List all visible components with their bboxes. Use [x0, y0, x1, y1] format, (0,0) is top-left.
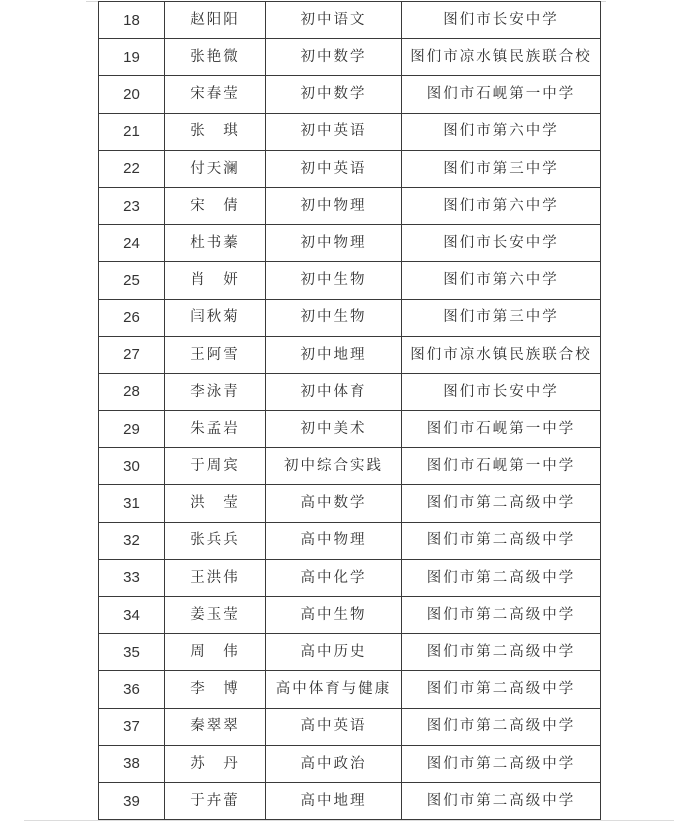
row-number-cell: 23 [99, 187, 165, 224]
teacher-name-cell: 王洪伟 [165, 559, 266, 596]
subject-cell: 高中英语 [266, 708, 402, 745]
teacher-name-cell: 张 琪 [165, 113, 266, 150]
subject-cell: 初中数学 [266, 39, 402, 76]
row-number-cell: 25 [99, 262, 165, 299]
row-number-cell: 20 [99, 76, 165, 113]
table-row: 30于周宾初中综合实践图们市石岘第一中学 [99, 448, 601, 485]
school-cell: 图们市凉水镇民族联合校 [402, 336, 601, 373]
teacher-name-cell: 宋 倩 [165, 187, 266, 224]
school-cell: 图们市第六中学 [402, 187, 601, 224]
table-row: 36李 博高中体育与健康图们市第二高级中学 [99, 671, 601, 708]
row-number-cell: 35 [99, 634, 165, 671]
row-number-cell: 24 [99, 225, 165, 262]
subject-cell: 初中物理 [266, 187, 402, 224]
subject-cell: 高中生物 [266, 597, 402, 634]
school-cell: 图们市第二高级中学 [402, 522, 601, 559]
school-cell: 图们市第二高级中学 [402, 708, 601, 745]
table-row: 31洪 莹高中数学图们市第二高级中学 [99, 485, 601, 522]
teacher-name-cell: 朱孟岩 [165, 411, 266, 448]
teacher-name-cell: 于卉蕾 [165, 782, 266, 819]
roster-body: 18赵阳阳初中语文图们市长安中学19张艳微初中数学图们市凉水镇民族联合校20宋春… [99, 2, 601, 820]
row-number-cell: 37 [99, 708, 165, 745]
teacher-name-cell: 李泳青 [165, 373, 266, 410]
table-row: 33王洪伟高中化学图们市第二高级中学 [99, 559, 601, 596]
table-row: 18赵阳阳初中语文图们市长安中学 [99, 2, 601, 39]
school-cell: 图们市凉水镇民族联合校 [402, 39, 601, 76]
teacher-name-cell: 李 博 [165, 671, 266, 708]
row-number-cell: 19 [99, 39, 165, 76]
school-cell: 图们市第二高级中学 [402, 559, 601, 596]
row-number-cell: 21 [99, 113, 165, 150]
table-row: 29朱孟岩初中美术图们市石岘第一中学 [99, 411, 601, 448]
school-cell: 图们市第六中学 [402, 262, 601, 299]
row-number-cell: 28 [99, 373, 165, 410]
subject-cell: 初中英语 [266, 150, 402, 187]
row-number-cell: 18 [99, 2, 165, 39]
school-cell: 图们市石岘第一中学 [402, 76, 601, 113]
table-row: 35周 伟高中历史图们市第二高级中学 [99, 634, 601, 671]
table-row: 25肖 妍初中生物图们市第六中学 [99, 262, 601, 299]
teacher-name-cell: 赵阳阳 [165, 2, 266, 39]
subject-cell: 初中英语 [266, 113, 402, 150]
row-number-cell: 36 [99, 671, 165, 708]
table-row: 21张 琪初中英语图们市第六中学 [99, 113, 601, 150]
school-cell: 图们市第二高级中学 [402, 745, 601, 782]
teacher-name-cell: 苏 丹 [165, 745, 266, 782]
row-number-cell: 33 [99, 559, 165, 596]
school-cell: 图们市第二高级中学 [402, 485, 601, 522]
teacher-name-cell: 王阿雪 [165, 336, 266, 373]
school-cell: 图们市石岘第一中学 [402, 411, 601, 448]
teacher-name-cell: 肖 妍 [165, 262, 266, 299]
subject-cell: 高中化学 [266, 559, 402, 596]
subject-cell: 初中语文 [266, 2, 402, 39]
teacher-name-cell: 付天澜 [165, 150, 266, 187]
subject-cell: 初中生物 [266, 299, 402, 336]
subject-cell: 高中数学 [266, 485, 402, 522]
teacher-name-cell: 周 伟 [165, 634, 266, 671]
row-number-cell: 22 [99, 150, 165, 187]
table-row: 27王阿雪初中地理图们市凉水镇民族联合校 [99, 336, 601, 373]
row-number-cell: 39 [99, 782, 165, 819]
subject-cell: 初中体育 [266, 373, 402, 410]
school-cell: 图们市第三中学 [402, 150, 601, 187]
teacher-name-cell: 杜书蓁 [165, 225, 266, 262]
school-cell: 图们市长安中学 [402, 373, 601, 410]
subject-cell: 高中政治 [266, 745, 402, 782]
teacher-name-cell: 闫秋菊 [165, 299, 266, 336]
table-row: 38苏 丹高中政治图们市第二高级中学 [99, 745, 601, 782]
table-row: 23宋 倩初中物理图们市第六中学 [99, 187, 601, 224]
row-number-cell: 30 [99, 448, 165, 485]
subject-cell: 高中地理 [266, 782, 402, 819]
teacher-name-cell: 姜玉莹 [165, 597, 266, 634]
teacher-name-cell: 洪 莹 [165, 485, 266, 522]
table-row: 26闫秋菊初中生物图们市第三中学 [99, 299, 601, 336]
subject-cell: 高中体育与健康 [266, 671, 402, 708]
row-number-cell: 34 [99, 597, 165, 634]
page-edge-bottom [24, 820, 674, 821]
school-cell: 图们市长安中学 [402, 225, 601, 262]
subject-cell: 初中数学 [266, 76, 402, 113]
table-row: 24杜书蓁初中物理图们市长安中学 [99, 225, 601, 262]
subject-cell: 初中美术 [266, 411, 402, 448]
table-row: 20宋春莹初中数学图们市石岘第一中学 [99, 76, 601, 113]
teacher-name-cell: 秦翠翠 [165, 708, 266, 745]
subject-cell: 初中生物 [266, 262, 402, 299]
row-number-cell: 29 [99, 411, 165, 448]
subject-cell: 高中历史 [266, 634, 402, 671]
table-row: 19张艳微初中数学图们市凉水镇民族联合校 [99, 39, 601, 76]
table-row: 22付天澜初中英语图们市第三中学 [99, 150, 601, 187]
teacher-name-cell: 张兵兵 [165, 522, 266, 559]
subject-cell: 初中物理 [266, 225, 402, 262]
teacher-roster-table: 18赵阳阳初中语文图们市长安中学19张艳微初中数学图们市凉水镇民族联合校20宋春… [98, 1, 601, 820]
teacher-name-cell: 张艳微 [165, 39, 266, 76]
teacher-name-cell: 宋春莹 [165, 76, 266, 113]
row-number-cell: 26 [99, 299, 165, 336]
teacher-name-cell: 于周宾 [165, 448, 266, 485]
subject-cell: 初中综合实践 [266, 448, 402, 485]
subject-cell: 初中地理 [266, 336, 402, 373]
school-cell: 图们市第二高级中学 [402, 782, 601, 819]
row-number-cell: 32 [99, 522, 165, 559]
school-cell: 图们市长安中学 [402, 2, 601, 39]
school-cell: 图们市第二高级中学 [402, 597, 601, 634]
school-cell: 图们市第三中学 [402, 299, 601, 336]
school-cell: 图们市第二高级中学 [402, 671, 601, 708]
row-number-cell: 27 [99, 336, 165, 373]
row-number-cell: 31 [99, 485, 165, 522]
school-cell: 图们市第六中学 [402, 113, 601, 150]
subject-cell: 高中物理 [266, 522, 402, 559]
table-row: 37秦翠翠高中英语图们市第二高级中学 [99, 708, 601, 745]
row-number-cell: 38 [99, 745, 165, 782]
school-cell: 图们市第二高级中学 [402, 634, 601, 671]
table-row: 34姜玉莹高中生物图们市第二高级中学 [99, 597, 601, 634]
school-cell: 图们市石岘第一中学 [402, 448, 601, 485]
table-row: 32张兵兵高中物理图们市第二高级中学 [99, 522, 601, 559]
table-row: 39于卉蕾高中地理图们市第二高级中学 [99, 782, 601, 819]
table-row: 28李泳青初中体育图们市长安中学 [99, 373, 601, 410]
